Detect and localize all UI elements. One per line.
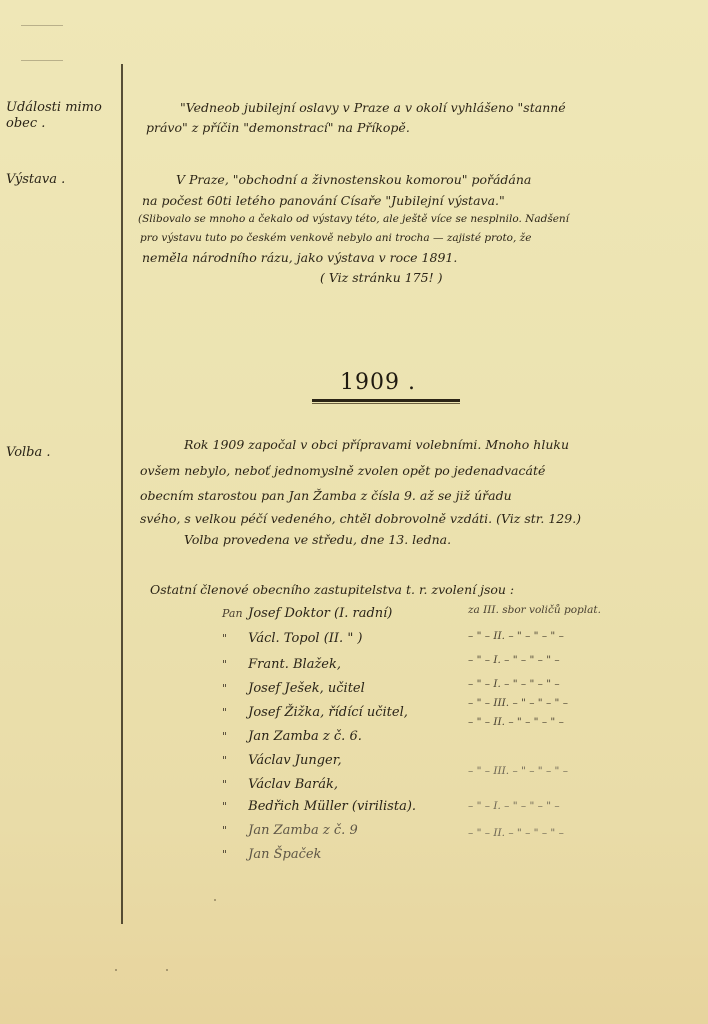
paper-speck — [166, 969, 168, 971]
year-underline-thin — [312, 403, 460, 404]
member-prefix: " — [222, 778, 244, 791]
member-row: Pan Josef Doktor (I. radní) — [222, 606, 392, 621]
top-ruler-mark — [21, 25, 63, 26]
exhibition-reference: ( Viz stránku 175! ) — [320, 270, 442, 285]
member-name: Josef Žižka, řídící učitel, — [248, 705, 408, 720]
member-name: Václav Barák, — [248, 777, 338, 792]
member-row: " Václav Barák, — [222, 777, 338, 792]
election-line-4: svého, s velkou péčí vedeného, chtěl dob… — [140, 511, 581, 526]
year-underline — [312, 399, 460, 402]
member-row: " Jan Zamba z č. 9 — [222, 823, 358, 838]
member-name: Jan Špaček — [248, 847, 321, 862]
member-name: Václ. Topol (II. " ) — [248, 631, 362, 646]
member-row: " Jan Zamba z č. 6. — [222, 729, 362, 744]
exhibition-line-4: pro výstavu tuto po českém venkově nebyl… — [140, 232, 531, 244]
margin-note-exhibition: Výstava . — [6, 172, 118, 188]
member-prefix: Pan — [222, 607, 244, 620]
member-prefix: " — [222, 682, 244, 695]
member-prefix: " — [222, 658, 244, 671]
exhibition-line-3: (Slibovalo se mnoho a čekalo od výstavy … — [138, 213, 569, 225]
member-name: Frant. Blažek, — [248, 657, 341, 672]
member-row: " Josef Žižka, řídící učitel, — [222, 705, 408, 720]
election-line-2: ovšem nebylo, neboť jednomyslně zvolen o… — [140, 463, 545, 478]
member-prefix: " — [222, 730, 244, 743]
member-curia: – " – III. – " – " – " – — [468, 697, 568, 709]
election-line-1: Rok 1909 započal v obci přípravami voleb… — [184, 437, 569, 452]
member-prefix: " — [222, 706, 244, 719]
member-curia: – " – III. – " – " – " – — [468, 765, 568, 777]
outside-events-line-1: "Vedneob jubilejní oslavy v Praze a v ok… — [180, 100, 566, 115]
member-name: Jan Zamba z č. 9 — [248, 823, 358, 838]
member-row: " Josef Ješek, učitel — [222, 681, 365, 696]
outside-events-line-2: právo" z příčin "demonstrací" na Příkopě… — [146, 120, 410, 135]
member-curia: – " – I. – " – " – " – — [468, 800, 560, 812]
exhibition-line-5: neměla národního rázu, jako výstava v ro… — [142, 250, 457, 265]
member-prefix: " — [222, 632, 244, 645]
member-name: Josef Ješek, učitel — [248, 681, 365, 696]
margin-rule — [121, 64, 123, 924]
member-curia: – " – II. – " – " – " – — [468, 716, 564, 728]
election-line-3: obecním starostou pan Jan Žamba z čísla … — [140, 488, 512, 503]
member-name: Jan Zamba z č. 6. — [248, 729, 362, 744]
member-curia: – " – II. – " – " – " – — [468, 630, 564, 642]
member-curia: – " – I. – " – " – " – — [468, 654, 560, 666]
exhibition-line-2: na počest 60ti letého panování Císaře "J… — [142, 193, 505, 208]
member-name: Josef Doktor (I. radní) — [248, 606, 392, 621]
member-curia: – " – II. – " – " – " – — [468, 827, 564, 839]
margin-note-election: Volba . — [6, 445, 118, 461]
election-line-5: Volba provedena ve středu, dne 13. ledna… — [184, 532, 451, 547]
margin-note-outside-events: Události mimo obec . — [6, 100, 118, 132]
member-prefix: " — [222, 848, 244, 861]
member-prefix: " — [222, 800, 244, 813]
members-intro: Ostatní členové obecního zastupitelstva … — [150, 582, 514, 597]
member-row: " Jan Špaček — [222, 847, 321, 862]
exhibition-line-1: V Praze, "obchodní a živnostenskou komor… — [176, 172, 531, 187]
member-prefix: " — [222, 754, 244, 767]
member-row: " Frant. Blažek, — [222, 657, 341, 672]
member-prefix: " — [222, 824, 244, 837]
member-name: Václav Junger, — [248, 753, 342, 768]
year-heading: 1909 . — [340, 370, 416, 395]
member-row: " Václ. Topol (II. " ) — [222, 631, 363, 646]
member-row: " Václav Junger, — [222, 753, 342, 768]
chronicle-page: Události mimo obec . Výstava . Volba . "… — [0, 0, 708, 1024]
member-row: " Bedřich Müller (virilista). — [222, 799, 416, 814]
member-name: Bedřich Müller (virilista). — [248, 799, 416, 814]
top-ruler-mark — [21, 60, 63, 61]
paper-speck — [214, 899, 216, 901]
member-curia: za III. sbor voličů poplat. — [468, 604, 601, 616]
member-curia: – " – I. – " – " – " – — [468, 678, 560, 690]
paper-speck — [115, 969, 117, 971]
